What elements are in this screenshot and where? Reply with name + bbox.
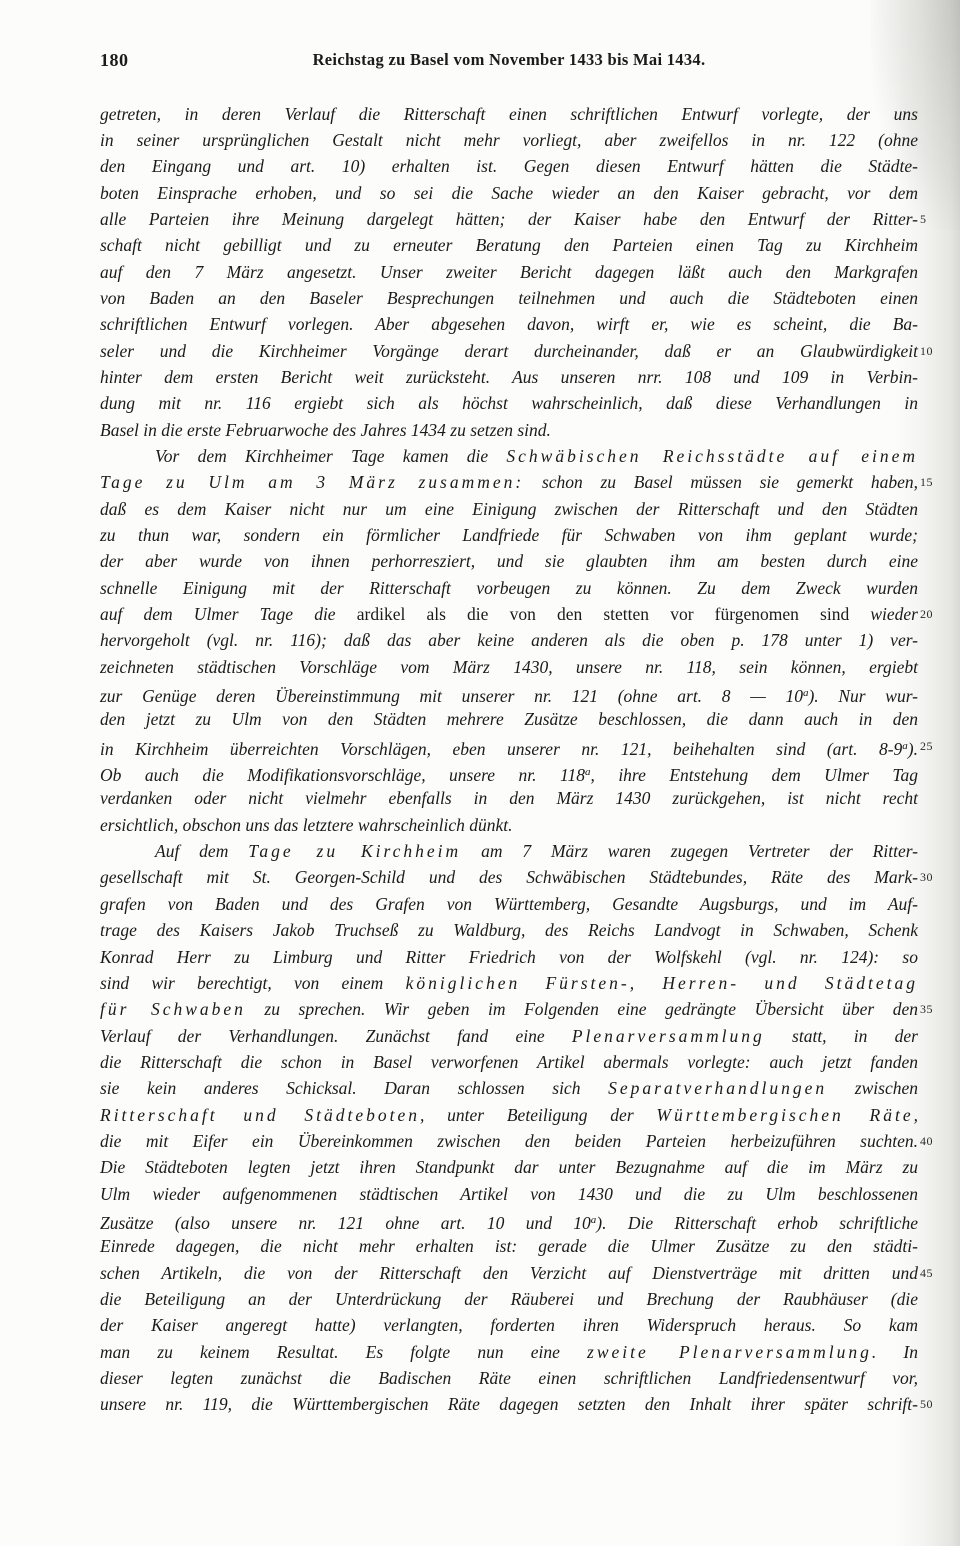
text-line: boten Einsprache erhoben, und so sei die… [100, 180, 918, 206]
text-line: den jetzt zu Ulm von den Städten mehrere… [100, 706, 918, 732]
body-text: schon zu Basel müssen sie gemerkt haben, [524, 472, 918, 492]
body-text: Ob auch die Modifikationsvorschläge, uns… [100, 765, 585, 785]
text-line: für Schwaben zu sprechen. Wir geben im F… [100, 996, 918, 1022]
text-line: hinter dem ersten Bericht weit zurückste… [100, 364, 918, 390]
body-text: schaft nicht gebilligt und zu erneuter B… [100, 235, 918, 255]
body-text: hervorgeholt (vgl. nr. 116); daß das abe… [100, 630, 918, 650]
text-line: von Baden an den Baseler Besprechungen t… [100, 285, 918, 311]
body-text: schen Artikeln, die von der Ritterschaft… [100, 1263, 918, 1283]
text-line: Die Städteboten legten jetzt ihren Stand… [100, 1154, 918, 1180]
line-number: 50 [920, 1391, 952, 1417]
running-title: Reichstag zu Basel vom November 1433 bis… [100, 50, 918, 70]
body-text: sie kein anderes Schicksal. Daran schlos… [100, 1078, 608, 1098]
text-line: sie kein anderes Schicksal. Daran schlos… [100, 1075, 918, 1101]
body-text: ). [908, 739, 918, 759]
body-text: boten Einsprache erhoben, und so sei die… [100, 183, 918, 203]
text-line: in seiner ursprünglichen Gestalt nicht m… [100, 127, 918, 153]
line-number: 10 [920, 338, 952, 364]
text-line: Einrede dagegen, die nicht mehr erhalten… [100, 1233, 918, 1259]
text-line: gesellschaft mit St. Georgen-Schild und … [100, 864, 918, 890]
emphasized-spaced-text: königlichen Fürsten-, Herren- und Städte… [406, 973, 918, 993]
body-text: die Ritterschaft die schon in Basel verw… [100, 1052, 918, 1072]
body-text: grafen von Baden und des Grafen von Würt… [100, 894, 918, 914]
body-text: zu sprechen. Wir geben im Folgenden eine… [246, 999, 918, 1019]
text-line: seler und die Kirchheimer Vorgänge derar… [100, 338, 918, 364]
text-line: dieser legten zunächst die Badischen Rät… [100, 1365, 918, 1391]
emphasized-spaced-text: Plenarversammlung [572, 1026, 765, 1046]
body-text: Die Städteboten legten jetzt ihren Stand… [100, 1157, 918, 1177]
page-body: getreten, in deren Verlauf die Rittersch… [100, 101, 918, 1418]
body-text: Auf dem [155, 841, 248, 861]
text-line: schen Artikeln, die von der Ritterschaft… [100, 1260, 918, 1286]
emphasized-spaced-text: Württembergischen Räte [656, 1105, 913, 1125]
body-text: schnelle Einigung mit der Ritterschaft v… [100, 578, 918, 598]
body-text: gesellschaft mit St. Georgen-Schild und … [100, 867, 918, 887]
body-text: man zu keinem Resultat. Es folgte nun ei… [100, 1342, 587, 1362]
line-number: 40 [920, 1128, 952, 1154]
body-text: den Eingang und art. 10) erhalten ist. G… [100, 156, 918, 176]
body-text: , [914, 1105, 918, 1125]
body-text: hinter dem ersten Bericht weit zurückste… [100, 367, 918, 387]
body-text: dung mit nr. 116 ergiebt sich als höchst… [100, 393, 918, 413]
text-line: dung mit nr. 116 ergiebt sich als höchst… [100, 390, 918, 416]
body-text: die mit Eifer ein Übereinkommen zwischen… [100, 1131, 918, 1151]
body-text: von Baden an den Baseler Besprechungen t… [100, 288, 918, 308]
text-line: die Ritterschaft die schon in Basel verw… [100, 1049, 918, 1075]
body-text: Verlauf der Verhandlungen. Zunächst fand… [100, 1026, 572, 1046]
text-line: der aber wurde von ihnen perhorresziert,… [100, 548, 918, 574]
text-line: schriftlichen Entwurf vorlegen. Aber abg… [100, 311, 918, 337]
text-line: Auf dem Tage zu Kirchheim am 7 März ware… [100, 838, 918, 864]
text-line: den Eingang und art. 10) erhalten ist. G… [100, 153, 918, 179]
text-line: hervorgeholt (vgl. nr. 116); daß das abe… [100, 627, 918, 653]
body-text: . In [872, 1342, 918, 1362]
page-header: 180 Reichstag zu Basel vom November 1433… [100, 50, 918, 74]
text-line: Ritterschaft und Städteboten, unter Bete… [100, 1102, 918, 1128]
body-text: wieder [849, 604, 918, 624]
body-text: statt, in der [765, 1026, 918, 1046]
quoted-roman-text: ardikel als die von den stetten vor fürg… [357, 604, 849, 624]
body-text: daß es dem Kaiser nicht nur um eine Eini… [100, 499, 918, 519]
emphasized-spaced-text: Ritterschaft und Städteboten [100, 1105, 420, 1125]
body-text: Basel in die erste Februarwoche des Jahr… [100, 420, 551, 440]
text-line: unsere nr. 119, die Württembergischen Rä… [100, 1391, 918, 1417]
body-text: zu thun war, sondern ein förmlicher Land… [100, 525, 918, 545]
line-number: 5 [920, 206, 952, 232]
body-text: getreten, in deren Verlauf die Rittersch… [100, 104, 918, 124]
body-text: , ihre Entstehung dem Ulmer Tag [590, 765, 918, 785]
line-number: 45 [920, 1260, 952, 1286]
scanned-book-page: 180 Reichstag zu Basel vom November 1433… [0, 0, 960, 1546]
text-line: getreten, in deren Verlauf die Rittersch… [100, 101, 918, 127]
body-text: der aber wurde von ihnen perhorresziert,… [100, 551, 918, 571]
text-line: Ob auch die Modifikationsvorschläge, uns… [100, 759, 918, 785]
body-text: sind wir berechtigt, von einem [100, 973, 406, 993]
line-number: 15 [920, 469, 952, 495]
text-line: man zu keinem Resultat. Es folgte nun ei… [100, 1339, 918, 1365]
text-line: trage des Kaisers Jakob Truchseß zu Wald… [100, 917, 918, 943]
body-text: Konrad Herr zu Limburg und Ritter Friedr… [100, 947, 918, 967]
body-text: Vor dem Kirchheimer Tage kamen die [155, 446, 506, 466]
body-text: alle Parteien ihre Meinung dargelegt hät… [100, 209, 918, 229]
emphasized-spaced-text: Tage zu Ulm am 3 März zusammen: [100, 472, 524, 492]
emphasized-spaced-text: Schwäbischen Reichsstädte auf einem [506, 446, 918, 466]
body-text: zwischen [827, 1078, 918, 1098]
emphasized-spaced-text: zweite Plenarversammlung [587, 1342, 872, 1362]
body-text: , unter Beteiligung der [420, 1105, 656, 1125]
body-text: den jetzt zu Ulm von den Städten mehrere… [100, 709, 918, 729]
text-line: die mit Eifer ein Übereinkommen zwischen… [100, 1128, 918, 1154]
body-text: zur Genüge deren Übereinstimmung mit uns… [100, 686, 803, 706]
body-text: unsere nr. 119, die Württembergischen Rä… [100, 1394, 918, 1414]
text-line: der Kaiser angeregt hatte) verlangten, f… [100, 1312, 918, 1338]
text-line: zu thun war, sondern ein förmlicher Land… [100, 522, 918, 548]
text-line: Verlauf der Verhandlungen. Zunächst fand… [100, 1023, 918, 1049]
body-text: der Kaiser angeregt hatte) verlangten, f… [100, 1315, 918, 1335]
text-line: daß es dem Kaiser nicht nur um eine Eini… [100, 496, 918, 522]
body-text: in Kirchheim überreichten Vorschlägen, e… [100, 739, 902, 759]
emphasized-spaced-text: Tage zu Kirchheim [248, 841, 461, 861]
text-line: auf dem Ulmer Tage die ardikel als die v… [100, 601, 918, 627]
emphasized-spaced-text: Separatverhandlungen [608, 1078, 827, 1098]
body-text: ). Nur wur- [808, 686, 918, 706]
body-text: seler und die Kirchheimer Vorgänge derar… [100, 341, 918, 361]
text-line: alle Parteien ihre Meinung dargelegt hät… [100, 206, 918, 232]
text-line: auf den 7 März angesetzt. Unser zweiter … [100, 259, 918, 285]
text-line: Ulm wieder aufgenommenen städtischen Art… [100, 1181, 918, 1207]
body-text: schriftlichen Entwurf vorlegen. Aber abg… [100, 314, 918, 334]
text-line: verdanken oder nicht vielmehr ebenfalls … [100, 785, 918, 811]
text-line: schnelle Einigung mit der Ritterschaft v… [100, 575, 918, 601]
body-text: Ulm wieder aufgenommenen städtischen Art… [100, 1184, 918, 1204]
text-line: Tage zu Ulm am 3 März zusammen: schon zu… [100, 469, 918, 495]
body-text: zeichneten städtischen Vorschläge vom Mä… [100, 657, 918, 677]
page-number: 180 [100, 50, 129, 71]
body-text: dieser legten zunächst die Badischen Rät… [100, 1368, 918, 1388]
body-text: Einrede dagegen, die nicht mehr erhalten… [100, 1236, 918, 1256]
body-text: am 7 März waren zugegen Vertreter der Ri… [461, 841, 918, 861]
line-number: 30 [920, 864, 952, 890]
body-text: in seiner ursprünglichen Gestalt nicht m… [100, 130, 918, 150]
emphasized-spaced-text: für Schwaben [100, 999, 246, 1019]
line-number: 35 [920, 996, 952, 1022]
text-line: ersichtlich, obschon uns das letztere wa… [100, 812, 918, 838]
text-line: Konrad Herr zu Limburg und Ritter Friedr… [100, 944, 918, 970]
line-number: 20 [920, 601, 952, 627]
text-line: zeichneten städtischen Vorschläge vom Mä… [100, 654, 918, 680]
text-line: sind wir berechtigt, von einem königlich… [100, 970, 918, 996]
text-line: in Kirchheim überreichten Vorschlägen, e… [100, 733, 918, 759]
body-text: Zusätze (also unsere nr. 121 ohne art. 1… [100, 1213, 591, 1233]
line-number: 25 [920, 733, 952, 759]
text-line: zur Genüge deren Übereinstimmung mit uns… [100, 680, 918, 706]
text-line: Basel in die erste Februarwoche des Jahr… [100, 417, 918, 443]
text-line: Zusätze (also unsere nr. 121 ohne art. 1… [100, 1207, 918, 1233]
body-text: ). Die Ritterschaft erhob schriftliche [596, 1213, 918, 1233]
text-line: Vor dem Kirchheimer Tage kamen die Schwä… [100, 443, 918, 469]
body-text: die Beteiligung an der Unterdrückung der… [100, 1289, 918, 1309]
body-text: trage des Kaisers Jakob Truchseß zu Wald… [100, 920, 918, 940]
body-text: ersichtlich, obschon uns das letztere wa… [100, 815, 513, 835]
text-line: grafen von Baden und des Grafen von Würt… [100, 891, 918, 917]
body-text: verdanken oder nicht vielmehr ebenfalls … [100, 788, 918, 808]
body-text: auf den 7 März angesetzt. Unser zweiter … [100, 262, 918, 282]
text-line: die Beteiligung an der Unterdrückung der… [100, 1286, 918, 1312]
body-text: auf dem Ulmer Tage die [100, 604, 357, 624]
text-line: schaft nicht gebilligt und zu erneuter B… [100, 232, 918, 258]
